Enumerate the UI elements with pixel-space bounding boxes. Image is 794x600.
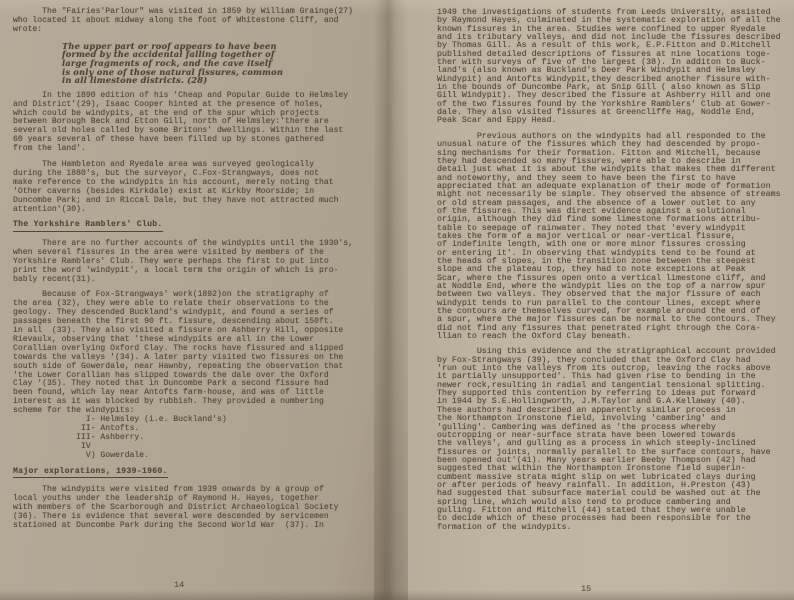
paragraph-cambering-gulling: Using this evidence and the stratigraphi… [437, 348, 792, 532]
paragraph-fairies-parlour: The "Fairies'Parlour" was visited in 185… [13, 8, 358, 35]
page-bottom-edge [0, 590, 794, 600]
section-heading-major-explorations: Major explorations, 1939-1960. [13, 468, 358, 478]
gutter-shadow [374, 0, 408, 600]
paragraph-cooper-guide: In the 1890 edition of his 'Cheap and Po… [13, 92, 358, 154]
paragraph-fitton-mitchell-observations: Previous authors on the windypits had al… [437, 133, 792, 342]
left-page-text-column: The "Fairies'Parlour" was visited in 185… [13, 8, 358, 538]
section-heading-yorkshire-ramblers: The Yorkshire Ramblers' Club. [13, 221, 358, 231]
right-page-text-column: 1949 the investigations of students from… [437, 9, 792, 539]
paragraph-fox-strangways-numbering: Because of Fox-Strangways' work(1892)on … [13, 291, 358, 460]
paragraph-leeds-investigations: 1949 the investigations of students from… [437, 9, 792, 126]
paragraph-geological-survey: The Hambleton and Ryedale area was surve… [13, 161, 358, 214]
paragraph-no-further-accounts: There are no further accounts of the win… [13, 240, 358, 285]
section-heading-text: The Yorkshire Ramblers' Club. [13, 221, 163, 231]
page-number-left: 14 [174, 580, 184, 590]
page-number-right: 15 [581, 584, 591, 594]
paragraph-hayes-group: The windypits were visited from 1939 onw… [13, 486, 358, 531]
book-spread: The "Fairies'Parlour" was visited in 185… [0, 0, 794, 600]
section-heading-text: Major explorations, 1939-1960. [13, 468, 168, 478]
block-quote-grainge: The upper part or roof appears to have b… [62, 42, 358, 85]
